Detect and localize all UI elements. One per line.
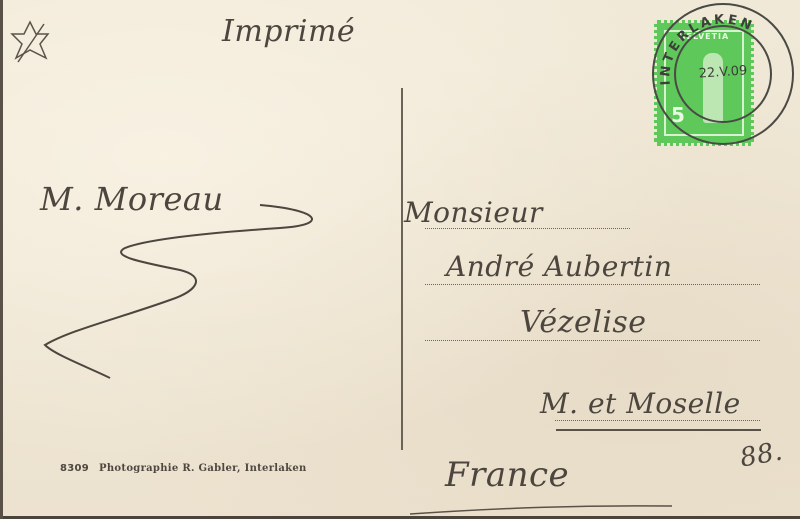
address-salutation: Monsieur: [404, 196, 543, 229]
imprint-number: 8309: [60, 463, 89, 474]
imprint-text: Photographie R. Gabler, Interlaken: [99, 463, 307, 474]
divider-line: [401, 88, 403, 450]
department-underline: [556, 429, 761, 431]
address-line-4: [555, 420, 760, 421]
publisher-imprint: 8309Photographie R. Gabler, Interlaken: [60, 463, 307, 474]
address-country: France: [445, 455, 569, 495]
postcard-back: Imprimé M. Moreau Monsieur André Auberti…: [0, 0, 800, 519]
address-line-3: [425, 340, 760, 341]
postmark: INTERLAKEN 22.V.09: [652, 3, 794, 145]
address-name: André Aubertin: [446, 250, 672, 283]
address-town: Vézelise: [520, 305, 647, 340]
address-department: M. et Moselle: [540, 387, 741, 420]
address-line-2: [425, 284, 760, 285]
